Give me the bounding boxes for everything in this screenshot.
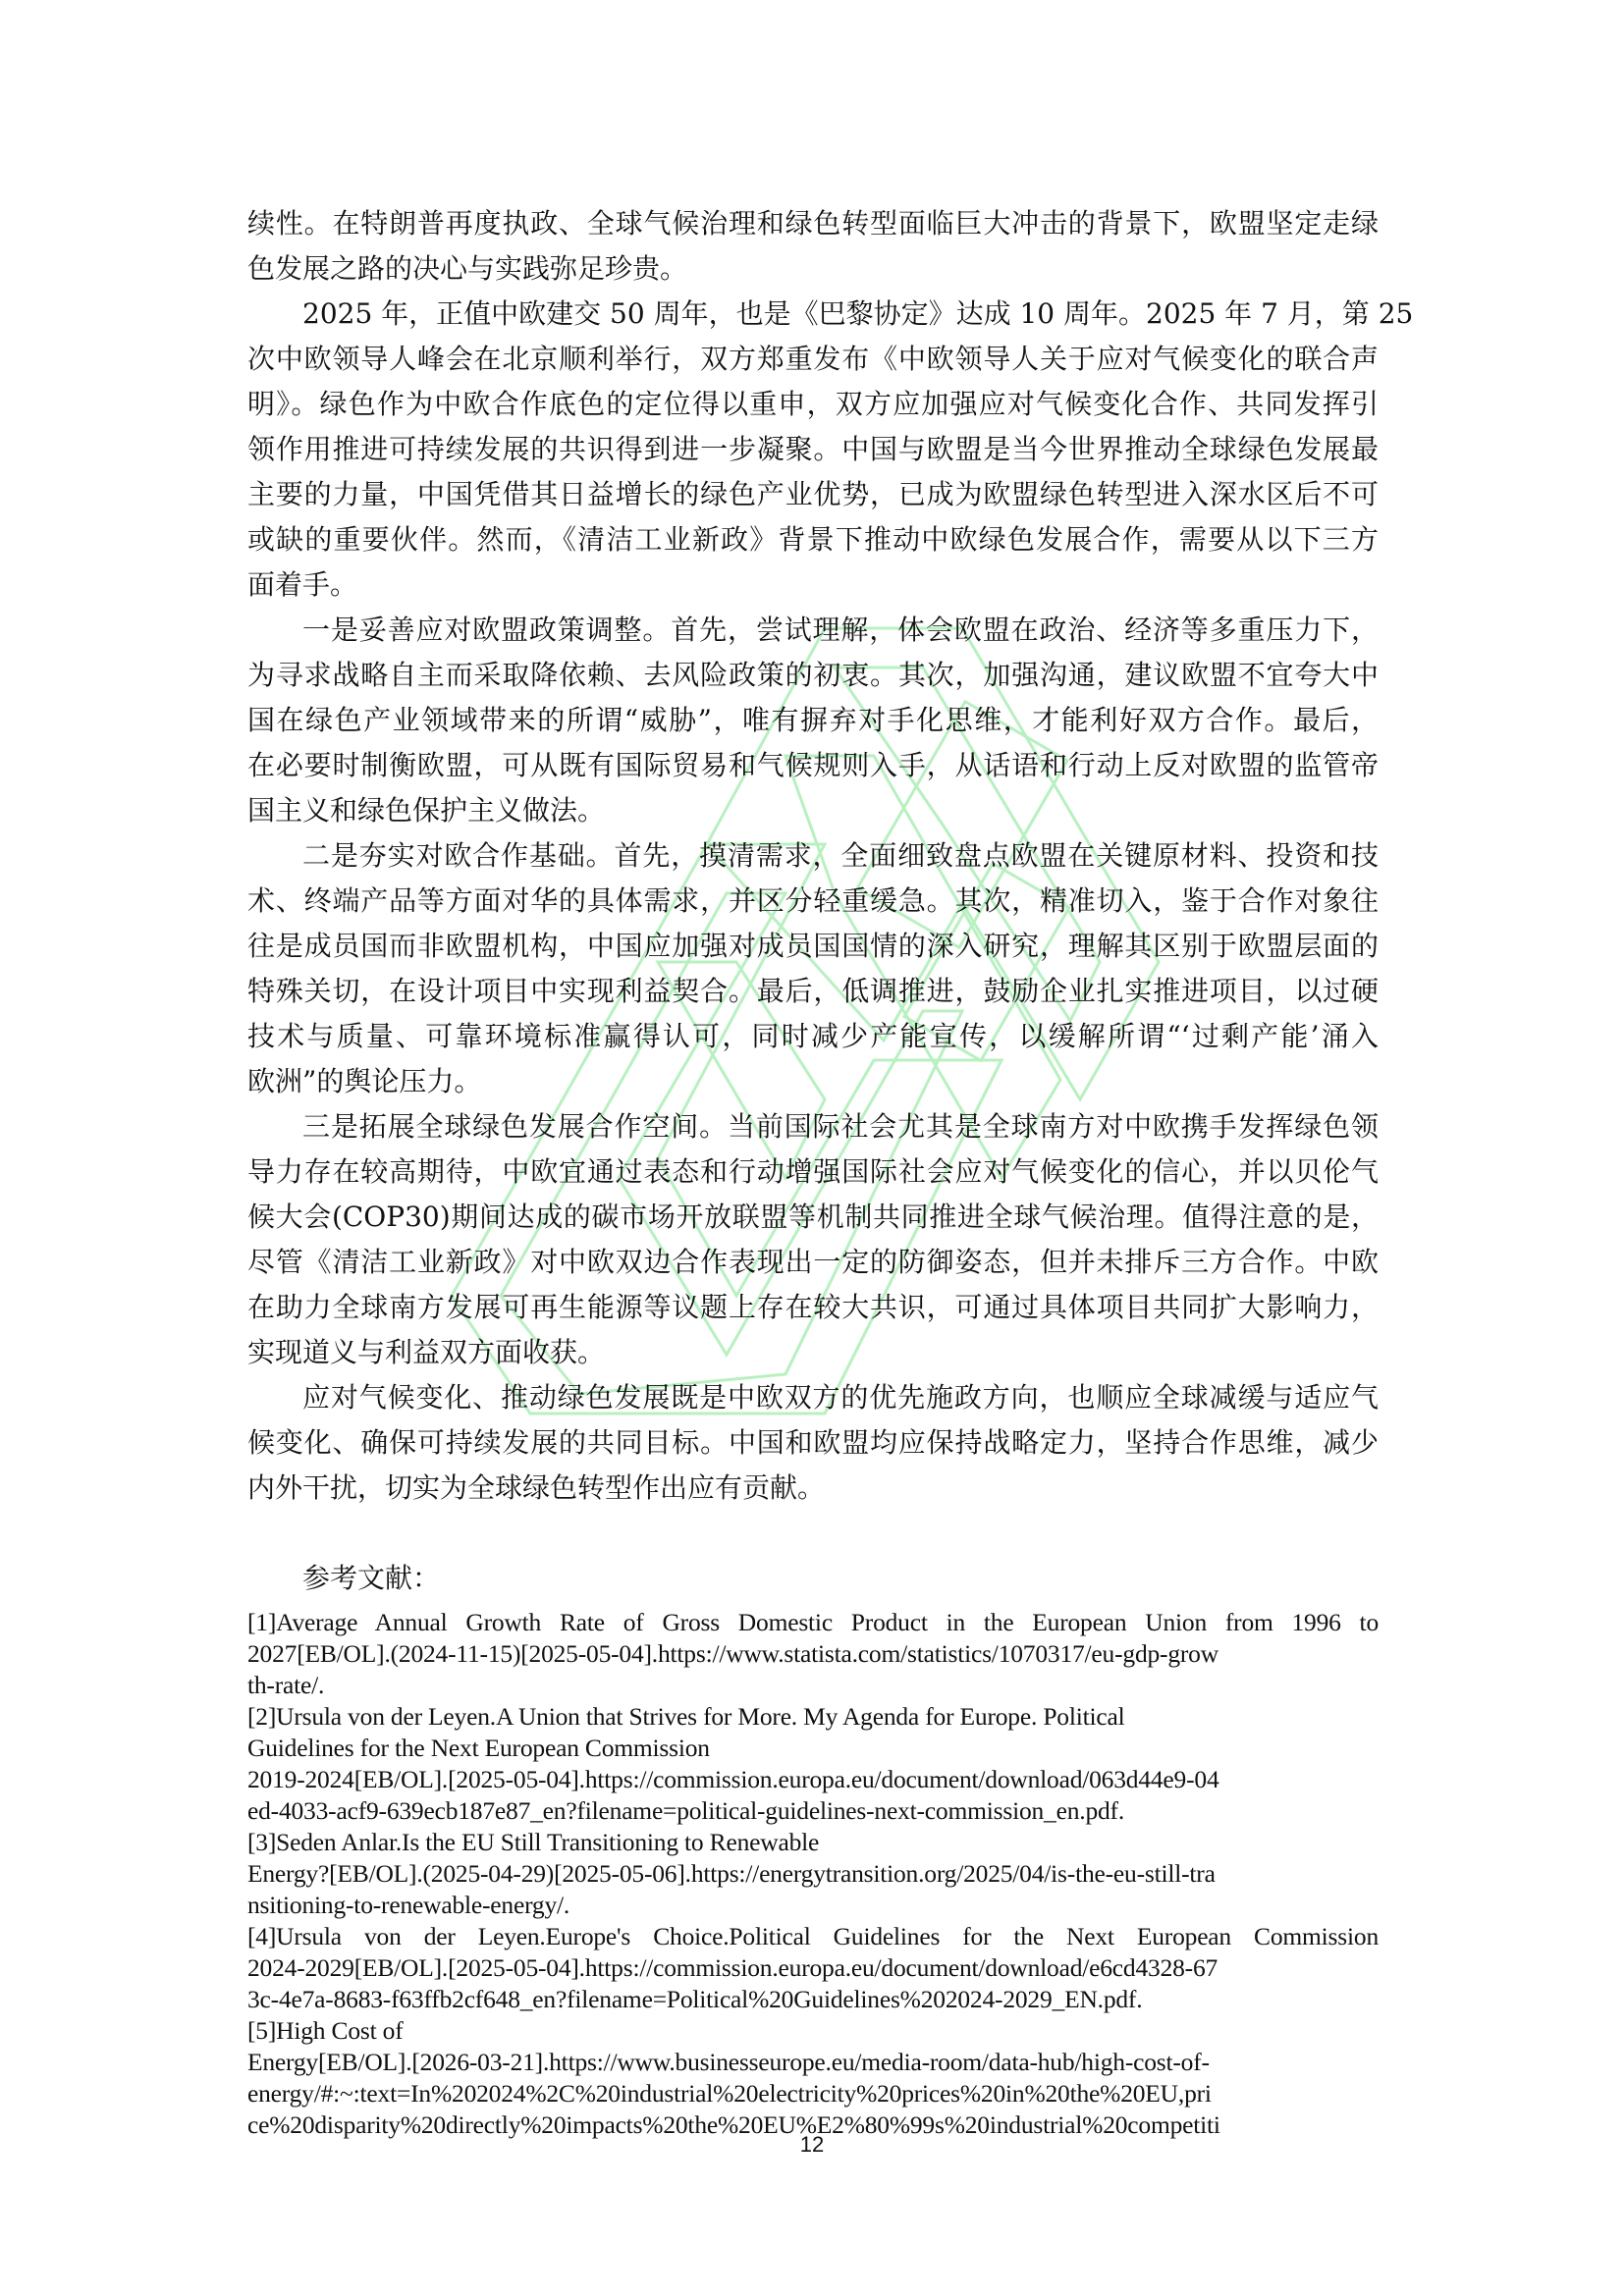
reference-line: energy/#:~:text=In%202024%2C%20industria… [247, 2078, 1379, 2109]
reference-line: th-rate/. [247, 1670, 1379, 1701]
reference-line: nsitioning-to-renewable-energy/. [247, 1890, 1379, 1921]
body-line: 在助力全球南方发展可再生能源等议题上存在较大共识，可通过具体项目共同扩大影响力， [247, 1285, 1379, 1330]
body-line: 三是拓展全球绿色发展合作空间。当前国际社会尤其是全球南方对中欧携手发挥绿色领 [302, 1104, 1379, 1149]
body-line: 国在绿色产业领域带来的所谓“威胁”，唯有摒弃对手化思维，才能利好双方合作。最后， [247, 698, 1379, 743]
body-line: 候变化、确保可持续发展的共同目标。中国和欧盟均应保持战略定力，坚持合作思维，减少 [247, 1420, 1379, 1466]
references-heading: 参考文献： [302, 1556, 1379, 1601]
body-line: 欧洲”的舆论压力。 [247, 1059, 1379, 1104]
body-line: 明》。绿色作为中欧合作底色的定位得以重申，双方应加强应对气候变化合作、共同发挥引 [247, 382, 1379, 427]
body-line: 主要的力量，中国凭借其日益增长的绿色产业优势，已成为欧盟绿色转型进入深水区后不可 [247, 472, 1379, 517]
reference-line: [4]Ursula von der Leyen.Europe's Choice.… [247, 1921, 1379, 1952]
body-line: 一是妥善应对欧盟政策调整。首先，尝试理解，体会欧盟在政治、经济等多重压力下， [302, 608, 1379, 653]
reference-line: Guidelines for the Next European Commiss… [247, 1733, 1379, 1764]
body-line: 候大会(COP30)期间达成的碳市场开放联盟等机制共同推进全球气候治理。值得注意… [247, 1195, 1379, 1240]
body-line: 国主义和绿色保护主义做法。 [247, 788, 1379, 833]
reference-line: [2]Ursula von der Leyen.A Union that Str… [247, 1701, 1379, 1733]
body-line: 往是成员国而非欧盟机构，中国应加强对成员国国情的深入研究，理解其区别于欧盟层面的 [247, 924, 1379, 969]
reference-line: 2027[EB/OL].(2024-11-15)[2025-05-04].htt… [247, 1638, 1379, 1670]
body-line: 为寻求战略自主而采取降依赖、去风险政策的初衷。其次，加强沟通，建议欧盟不宜夸大中 [247, 653, 1379, 698]
reference-line: 2019-2024[EB/OL].[2025-05-04].https://co… [247, 1764, 1379, 1795]
body-line: 导力存在较高期待，中欧宜通过表态和行动增强国际社会应对气候变化的信心，并以贝伦气 [247, 1149, 1379, 1195]
body-line: 尽管《清洁工业新政》对中欧双边合作表现出一定的防御姿态，但并未排斥三方合作。中欧 [247, 1240, 1379, 1285]
reference-line: ed-4033-acf9-639ecb187e87_en?filename=po… [247, 1795, 1379, 1827]
document-page: 续性。在特朗普再度执政、全球气候治理和绿色转型面临巨大冲击的背景下，欧盟坚定走绿… [0, 0, 1624, 2296]
body-line: 或缺的重要伙伴。然而，《清洁工业新政》背景下推动中欧绿色发展合作，需要从以下三方 [247, 517, 1379, 562]
page-number: 12 [0, 2132, 1624, 2158]
body-line: 技术与质量、可靠环境标准赢得认可，同时减少产能宣传，以缓解所谓“‘过剩产能’涌入 [247, 1014, 1379, 1059]
body-line: 实现道义与利益双方面收获。 [247, 1330, 1379, 1375]
body-line: 术、终端产品等方面对华的具体需求，并区分轻重缓急。其次，精准切入，鉴于合作对象往 [247, 879, 1379, 924]
reference-line: [3]Seden Anlar.Is the EU Still Transitio… [247, 1827, 1379, 1858]
body-line: 续性。在特朗普再度执政、全球气候治理和绿色转型面临巨大冲击的背景下，欧盟坚定走绿 [247, 201, 1379, 246]
body-line: 内外干扰，切实为全球绿色转型作出应有贡献。 [247, 1466, 1379, 1511]
body-line: 特殊关切，在设计项目中实现利益契合。最后，低调推进，鼓励企业扎实推进项目，以过硬 [247, 969, 1379, 1014]
body-line: 领作用推进可持续发展的共识得到进一步凝聚。中国与欧盟是当今世界推动全球绿色发展最 [247, 427, 1379, 472]
body-line: 次中欧领导人峰会在北京顺利举行，双方郑重发布《中欧领导人关于应对气候变化的联合声 [247, 337, 1379, 382]
body-line: 色发展之路的决心与实践弥足珍贵。 [247, 246, 1379, 292]
reference-line: [1]Average Annual Growth Rate of Gross D… [247, 1607, 1379, 1638]
reference-line: 2024-2029[EB/OL].[2025-05-04].https://co… [247, 1952, 1379, 1984]
reference-line: [5]High Cost of [247, 2015, 1379, 2047]
body-line: 二是夯实对欧合作基础。首先，摸清需求，全面细致盘点欧盟在关键原材料、投资和技 [302, 833, 1379, 879]
reference-line: Energy[EB/OL].[2026-03-21].https://www.b… [247, 2047, 1379, 2078]
body-line: 面着手。 [247, 562, 1379, 608]
reference-line: Energy?[EB/OL].(2025-04-29)[2025-05-06].… [247, 1858, 1379, 1890]
reference-line: 3c-4e7a-8683-f63ffb2cf648_en?filename=Po… [247, 1984, 1379, 2015]
body-line: 在必要时制衡欧盟，可从既有国际贸易和气候规则入手，从话语和行动上反对欧盟的监管帝 [247, 743, 1379, 788]
body-line: 应对气候变化、推动绿色发展既是中欧双方的优先施政方向，也顺应全球减缓与适应气 [302, 1375, 1379, 1420]
body-line: 2025 年，正值中欧建交 50 周年，也是《巴黎协定》达成 10 周年。202… [302, 292, 1379, 337]
